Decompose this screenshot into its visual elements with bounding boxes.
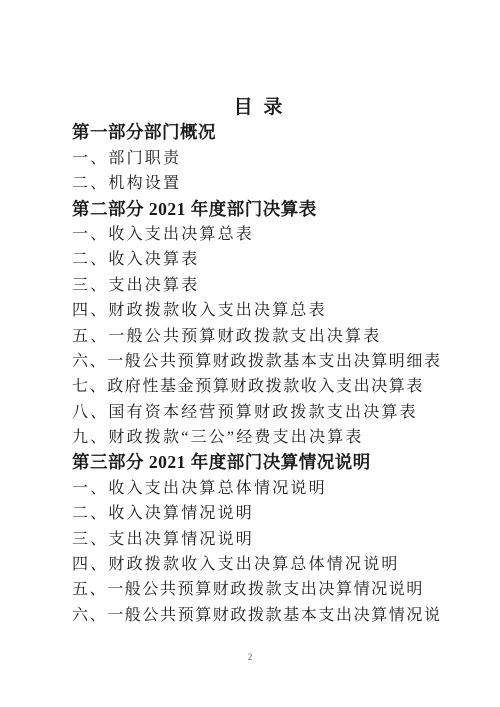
toc-entry: 四、财政拨款收入支出决算总体情况说明 (72, 552, 447, 577)
toc-entry: 八、国有资本经营预算财政拨款支出决算表 (72, 400, 447, 425)
toc-entry: 二、收入决算情况说明 (72, 501, 447, 526)
toc-entry: 一、收入支出决算总体情况说明 (72, 476, 447, 501)
toc-entry: 二、机构设置 (72, 171, 447, 196)
toc-entry: 五、一般公共预算财政拨款支出决算表 (72, 324, 447, 349)
toc-entry: 三、支出决算表 (72, 273, 447, 298)
toc-entry: 七、政府性基金预算财政拨款收入支出决算表 (72, 374, 447, 399)
toc-entry: 一、收入支出决算总表 (72, 222, 447, 247)
toc-entry: 九、财政拨款“三公”经费支出决算表 (72, 425, 447, 450)
document-page: 目 录 第一部分部门概况 一、部门职责 二、机构设置 第二部分 2021 年度部… (0, 0, 500, 707)
section-heading-part2: 第二部分 2021 年度部门决算表 (72, 197, 447, 222)
toc-entry: 四、财政拨款收入支出决算总表 (72, 298, 447, 323)
section-heading-part1: 第一部分部门概况 (72, 120, 447, 145)
toc-entry: 一、部门职责 (72, 146, 447, 171)
page-number: 2 (0, 652, 500, 662)
toc-entry: 三、支出决算情况说明 (72, 527, 447, 552)
section-heading-part3: 第三部分 2021 年度部门决算情况说明 (72, 450, 447, 475)
toc-entry: 六、一般公共预算财政拨款基本支出决算情况说 (72, 603, 447, 628)
toc-title: 目 录 (72, 95, 447, 120)
toc-entry: 六、一般公共预算财政拨款基本支出决算明细表 (72, 349, 447, 374)
toc-entry: 五、一般公共预算财政拨款支出决算情况说明 (72, 577, 447, 602)
toc-content: 目 录 第一部分部门概况 一、部门职责 二、机构设置 第二部分 2021 年度部… (0, 0, 500, 628)
toc-entry: 二、收入决算表 (72, 247, 447, 272)
